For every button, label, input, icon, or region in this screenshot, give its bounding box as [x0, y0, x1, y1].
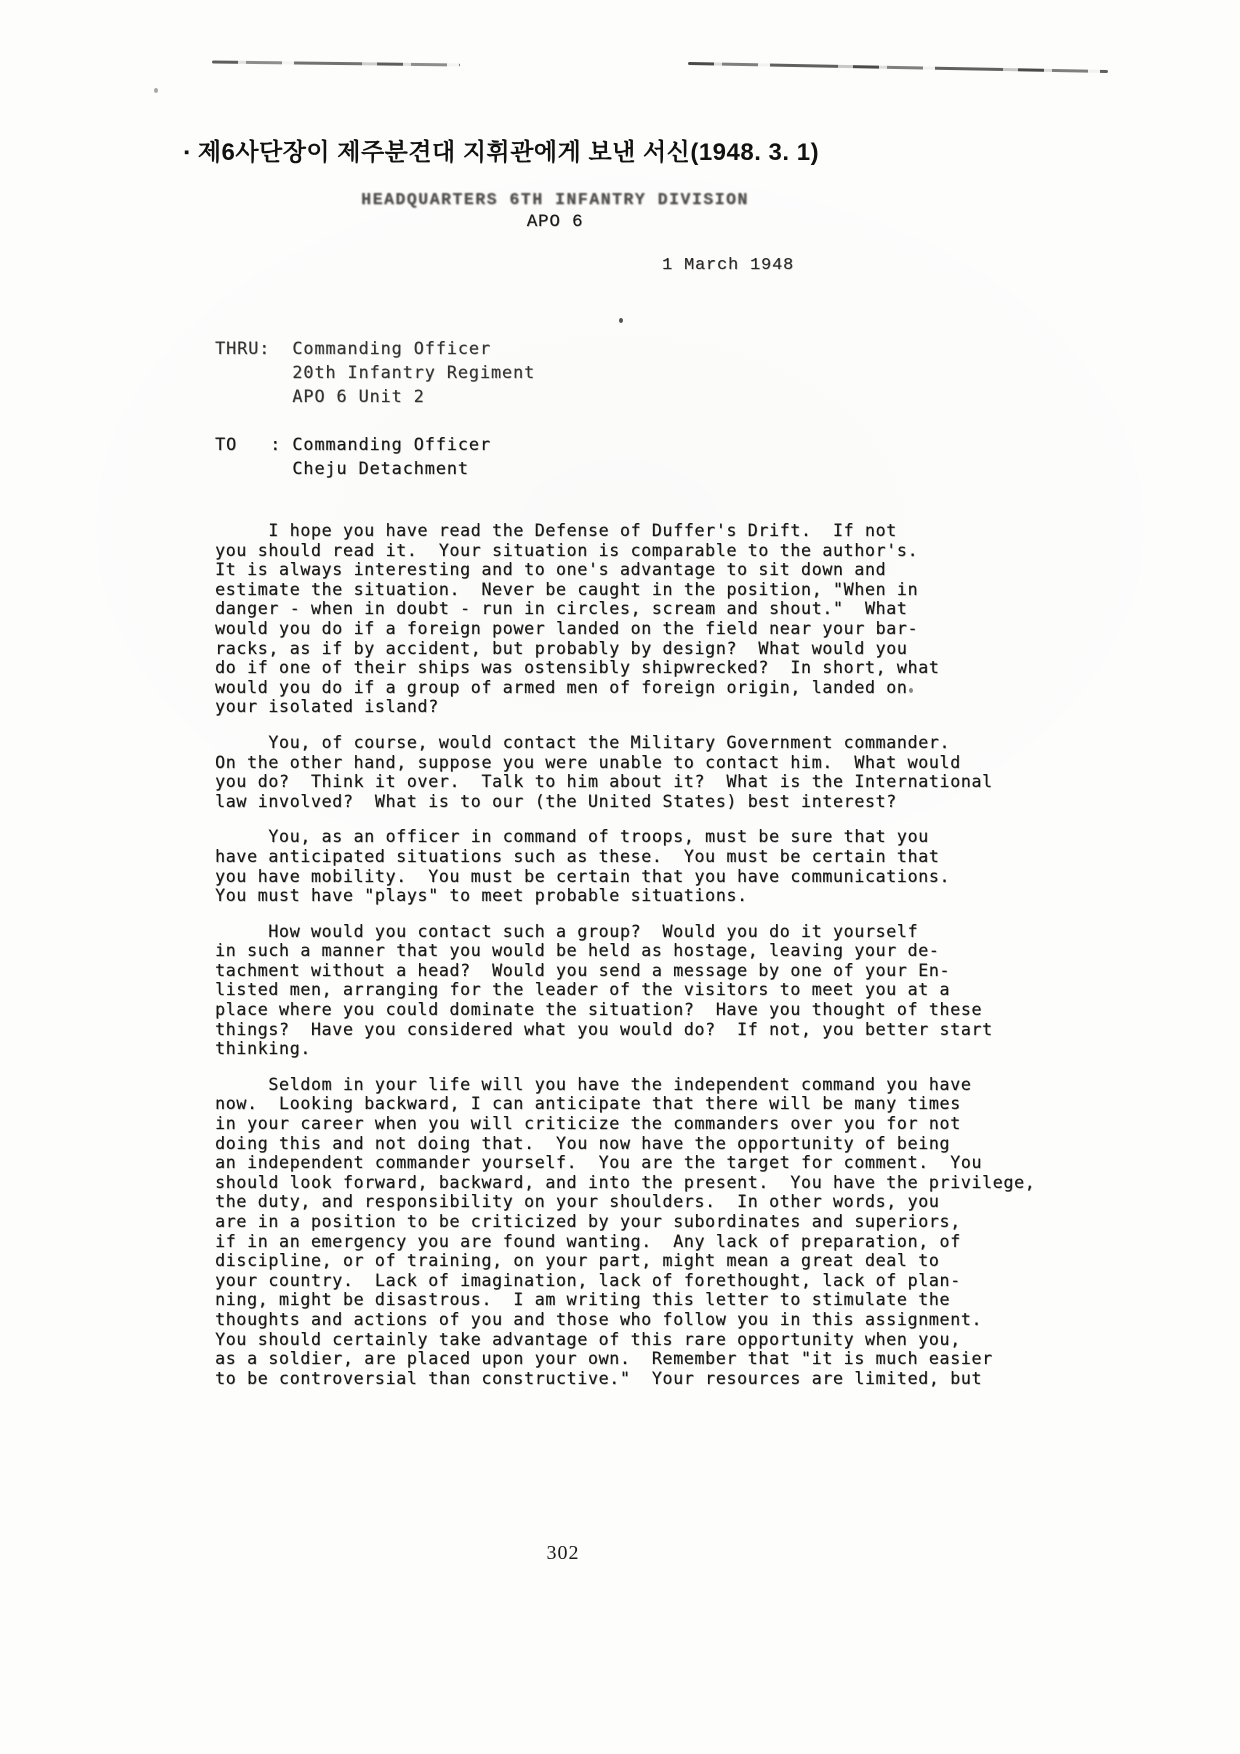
paragraph-3: You, as an officer in command of troops,…	[215, 827, 1015, 905]
letterhead-headquarters: HEADQUARTERS 6TH INFANTRY DIVISION	[215, 190, 895, 209]
scan-artifact-dot	[154, 88, 158, 93]
thru-address-block: THRU: Commanding Officer 20th Infantry R…	[215, 337, 1015, 409]
letter-body: HEADQUARTERS 6TH INFANTRY DIVISION APO 6…	[215, 190, 1015, 1404]
paragraph-2: You, of course, would contact the Milita…	[215, 733, 1015, 811]
title-text: 제6사단장이 제주분견대 지휘관에게 보낸 서신(1948. 3. 1)	[198, 139, 819, 166]
paragraph-1: I hope you have read the Defense of Duff…	[215, 521, 1015, 717]
letterhead-apo: APO 6	[215, 212, 895, 232]
paragraph-4: How would you contact such a group? Woul…	[215, 922, 1015, 1059]
letter-date: 1 March 1948	[662, 256, 1015, 275]
scan-artifact-line	[688, 62, 1108, 73]
letter-paragraphs: I hope you have read the Defense of Duff…	[215, 521, 1015, 1388]
scan-artifact-line	[212, 60, 460, 66]
title-bullet-icon: ▪	[184, 144, 190, 161]
document-title-korean: ▪제6사단장이 제주분견대 지휘관에게 보낸 서신(1948. 3. 1)	[184, 132, 819, 167]
to-address-block: TO : Commanding Officer Cheju Detachment	[215, 433, 1015, 481]
paragraph-5: Seldom in your life will you have the in…	[215, 1075, 1015, 1389]
scanned-letter-page: ▪제6사단장이 제주분견대 지휘관에게 보낸 서신(1948. 3. 1) HE…	[0, 0, 1240, 1754]
page-number: 302	[0, 1542, 1126, 1565]
